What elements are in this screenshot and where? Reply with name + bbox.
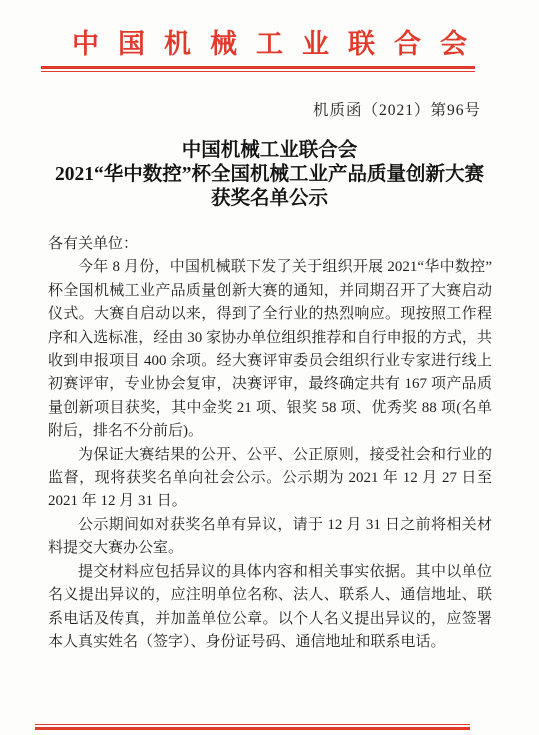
body-paragraph: 公示期间如对获奖名单有异议，请于 12 月 31 日之前将相关材料提交大赛办公室… (48, 514, 492, 561)
title-line-2: 2021“华中数控”杯全国机械工业产品质量创新大赛 (0, 163, 539, 187)
document-page: 中国机械工业联合会 机质函（2021）第96号 中国机械工业联合会 2021“华… (0, 0, 539, 735)
salutation: 各有关单位： (48, 233, 492, 256)
body-paragraph: 提交材料应包括异议的具体内容和相关事实依据。其中以单位名义提出异议的，应注明单位… (48, 561, 492, 655)
rule-thin (35, 724, 470, 725)
footer-double-rule (35, 724, 470, 730)
title-line-1: 中国机械工业联合会 (0, 139, 539, 163)
rule-thin (41, 71, 475, 72)
document-body: 各有关单位： 今年 8 月份，中国机械联下发了关于组织开展 2021“华中数控”… (48, 233, 492, 654)
doc-reference-number: 机质函（2021）第96号 (313, 98, 481, 120)
body-paragraph: 今年 8 月份，中国机械联下发了关于组织开展 2021“华中数控”杯全国机械工业… (48, 256, 492, 443)
rule-thick (35, 727, 470, 730)
title-line-3: 获奖名单公示 (0, 187, 539, 211)
body-paragraph: 为保证大赛结果的公开、公平、公正原则，接受社会和行业的监督，现将获奖名单向社会公… (48, 444, 492, 514)
document-title: 中国机械工业联合会 2021“华中数控”杯全国机械工业产品质量创新大赛 获奖名单… (0, 139, 539, 211)
org-masthead: 中国机械工业联合会 (0, 22, 539, 61)
rule-thick (41, 66, 475, 69)
masthead-double-rule (41, 66, 475, 72)
